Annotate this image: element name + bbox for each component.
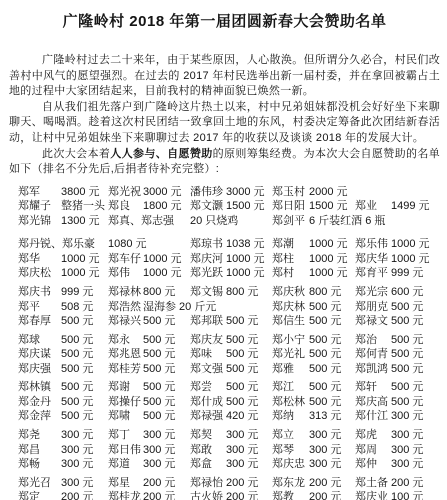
donor-row: 郑光锦1300 元郑真、郑志强20 只烧鸡郑剑平6 斤装红酒 6 瓶 — [18, 214, 440, 229]
donor-name: 郑伟 — [108, 266, 143, 281]
paragraph-principle-before: 此次大会本着 — [42, 148, 110, 160]
donor-row: 郑庆强500 元郑桂芳500 元郑文强500 元郑雅500 元郑凯鸿500 元 — [18, 362, 440, 377]
donor-name: 潘伟珍 — [190, 185, 226, 200]
donor-row: 郑光召300 元郑星200 元郑禄怡200 元郑东龙200 元郑土备200 元 — [18, 476, 440, 491]
donor-name: 郑日阳 — [272, 199, 309, 214]
donor-amount: 500 元 — [61, 362, 108, 377]
donor-amount: 200 元 — [309, 476, 355, 491]
donor-name: 郑文灏 — [190, 199, 226, 214]
donor-group: 郑林镇500 元郑谢500 元郑尝500 元郑江500 元郑轩500 元郑金丹5… — [18, 380, 440, 424]
donor-amount: 3800 元 — [61, 185, 108, 200]
donor-amount: 1500 元 — [226, 199, 272, 214]
donor-amount: 500 元 — [391, 347, 440, 362]
donor-amount: 300 元 — [309, 443, 355, 458]
donor-amount: 500 元 — [309, 333, 355, 348]
donor-name: 郑日伟 — [108, 443, 143, 458]
donor-name: 郑禄怡 — [190, 476, 226, 491]
donor-amount: 500 元 — [61, 333, 108, 348]
donor-amount: 500 元 — [391, 395, 440, 410]
document-title: 广隆岭村 2018 年第一届团圆新春大会赞助名单 — [9, 10, 440, 31]
donor-row: 郑庆书999 元郑禄林800 元郑文锡800 元郑庆秋800 元郑光宗600 元 — [18, 285, 440, 300]
donor-amount: 300 元 — [61, 476, 108, 491]
donor-name — [355, 185, 391, 200]
donor-amount: 300 元 — [391, 409, 440, 424]
donor-name: 郑光召 — [18, 476, 61, 491]
donor-name: 郑啸 — [108, 409, 143, 424]
donor-name: 郑虎 — [355, 428, 391, 443]
donor-name: 郑东龙 — [272, 476, 309, 491]
donor-name: 郑丁 — [108, 428, 143, 443]
donor-name: 郑什江 — [355, 409, 391, 424]
donor-name: 郑纳 — [272, 409, 309, 424]
paragraph-principle: 此次大会本着人人参与、自愿赞助的原则筹集经费。为本次大会自愿赞助的名单如下（排名… — [9, 147, 440, 178]
donor-amount: 1000 元 — [226, 252, 272, 267]
donor-amount: 1800 元 — [143, 199, 190, 214]
donor-amount: 500 元 — [391, 314, 440, 329]
donor-amount: 500 元 — [61, 395, 108, 410]
donor-name: 郑庆业 — [355, 490, 391, 500]
donor-name: 郑信生 — [272, 314, 309, 329]
donor-amount: 500 元 — [143, 380, 190, 395]
donor-amount: 500 元 — [226, 395, 272, 410]
donor-name: 郑业 — [355, 199, 391, 214]
donor-row: 郑尧300 元郑丁300 元郑契300 元郑立300 元郑虎300 元 — [18, 428, 440, 443]
donor-name: 郑琴 — [272, 443, 309, 458]
donor-name: 郑春厚 — [18, 314, 61, 329]
donor-amount: 300 元 — [309, 457, 355, 472]
donor-name: 郑光祝 — [108, 185, 143, 200]
donor-row: 郑耀子整猪一头郑良1800 元郑文灏1500 元郑日阳1500 元郑业1499 … — [18, 199, 440, 214]
donor-amount: 200 元 — [143, 490, 190, 500]
donor-name: 郑潮 — [272, 237, 309, 252]
donor-amount: 1000 元 — [309, 266, 355, 281]
donor-amount: 200 元 — [391, 476, 440, 491]
donor-amount: 500 元 — [61, 347, 108, 362]
donor-amount: 1000 元 — [226, 266, 272, 281]
donor-name: 郑光锦 — [18, 214, 61, 229]
donor-amount: 整猪一头 — [61, 199, 108, 214]
donor-name: 郑庆忠 — [272, 457, 309, 472]
donor-amount: 500 元 — [143, 347, 190, 362]
donor-amount: 500 元 — [226, 314, 272, 329]
donor-amount: 300 元 — [143, 457, 190, 472]
donor-amount: 3000 元 — [226, 185, 272, 200]
donor-name: 郑尝 — [190, 380, 226, 395]
donor-amount: 1300 元 — [61, 214, 108, 229]
donor-name: 郑光礼 — [272, 347, 309, 362]
donor-name: 郑车仔 — [108, 252, 143, 267]
donor-amount: 500 元 — [226, 380, 272, 395]
donor-name: 郑平 — [18, 300, 61, 315]
donor-name: 郑乐伟 — [355, 237, 391, 252]
donor-name: 郑永 — [108, 333, 143, 348]
donor-amount: 1000 元 — [309, 237, 355, 252]
donor-name: 郑林镇 — [18, 380, 61, 395]
donor-name: 郑味 — [190, 347, 226, 362]
donor-name: 郑金丹 — [18, 395, 61, 410]
donor-amount: 500 元 — [391, 362, 440, 377]
donor-amount: 500 元 — [143, 333, 190, 348]
donor-name: 郑何青 — [355, 347, 391, 362]
donor-name: 郑禄强 — [190, 409, 226, 424]
donor-row: 郑球500 元郑永500 元郑庆友500 元郑小宁500 元郑治500 元 — [18, 333, 440, 348]
donor-name: 郑华 — [18, 252, 61, 267]
donor-amount: 1000 元 — [309, 252, 355, 267]
donor-name: 郑契 — [190, 428, 226, 443]
donor-name: 郑土备 — [355, 476, 391, 491]
donor-row: 郑金丹500 元郑操仔500 元郑什成500 元郑松林500 元郑庆高500 元 — [18, 395, 440, 410]
donor-name: 郑庆谋 — [18, 347, 61, 362]
donor-amount: 508 元 — [61, 300, 108, 315]
donor-amount: 420 元 — [226, 409, 272, 424]
donor-name: 郑文锡 — [190, 285, 226, 300]
donor-name: 郑教 — [272, 490, 309, 500]
donor-name: 郑仲 — [355, 457, 391, 472]
donor-amount: 500 元 — [309, 300, 355, 315]
donor-name: 郑轩 — [355, 380, 391, 395]
donor-row: 郑庆松1000 元郑伟1000 元郑光跃1000 元郑村1000 元郑育平999… — [18, 266, 440, 281]
donor-amount: 300 元 — [61, 428, 108, 443]
donor-name: 郑光跃 — [190, 266, 226, 281]
donor-amount: 999 元 — [61, 285, 108, 300]
donor-name: 郑剑平 — [272, 214, 309, 229]
donor-group: 郑球500 元郑永500 元郑庆友500 元郑小宁500 元郑治500 元郑庆谋… — [18, 333, 440, 377]
donor-name: 郑立 — [272, 428, 309, 443]
donor-name: 郑桂芳 — [108, 362, 143, 377]
paragraph-principle-bold: 人人参与、自愿赞助 — [110, 148, 212, 160]
donor-amount: 800 元 — [309, 285, 355, 300]
donor-name: 郑庆松 — [18, 266, 61, 281]
donor-amount: 200 元 — [143, 476, 190, 491]
donor-row: 郑昌300 元郑日伟300 元郑敢300 元郑琴300 元郑周300 元 — [18, 443, 440, 458]
donor-amount: 湿海参 20 斤元 — [143, 300, 272, 315]
donor-amount: 500 元 — [391, 333, 440, 348]
donor-amount: 2000 元 — [309, 185, 355, 200]
donor-amount: 1000 元 — [143, 266, 190, 281]
donor-amount: 200 元 — [226, 490, 272, 500]
donor-amount: 500 元 — [226, 333, 272, 348]
donor-name: 郑庆强 — [18, 362, 61, 377]
donor-name: 郑村 — [272, 266, 309, 281]
donor-amount: 500 元 — [226, 347, 272, 362]
donor-amount: 500 元 — [143, 362, 190, 377]
paragraph-history: 自从我们祖先落户到广隆岭这片热土以来，村中兄弟姐妹都没机会好好坐下来聊聊天、喝喝… — [9, 100, 440, 147]
donor-amount: 500 元 — [143, 409, 190, 424]
donor-name: 郑松林 — [272, 395, 309, 410]
donor-row: 郑军3800 元郑光祝3000 元潘伟珍3000 元郑玉村2000 元 — [18, 185, 440, 200]
donor-amount: 300 元 — [143, 443, 190, 458]
donor-amount: 500 元 — [309, 395, 355, 410]
donor-amount: 800 元 — [226, 285, 272, 300]
donor-amount: 6 斤装红酒 6 瓶 — [309, 214, 440, 229]
donor-table: 郑军3800 元郑光祝3000 元潘伟珍3000 元郑玉村2000 元郑耀子整猪… — [18, 185, 440, 500]
donor-amount: 200 元 — [309, 490, 355, 500]
donor-row: 郑春厚500 元郑禄兴500 元郑邦联500 元郑信生500 元郑禄文500 元 — [18, 314, 440, 329]
donor-row: 郑华1000 元郑车仔1000 元郑庆河1000 元郑柱1000 元郑庆华100… — [18, 252, 440, 267]
donor-amount: 500 元 — [391, 380, 440, 395]
donor-name: 郑庆林 — [272, 300, 309, 315]
donor-group: 郑军3800 元郑光祝3000 元潘伟珍3000 元郑玉村2000 元郑耀子整猪… — [18, 185, 440, 229]
donor-amount: 300 元 — [226, 443, 272, 458]
donor-row: 郑林镇500 元郑谢500 元郑尝500 元郑江500 元郑轩500 元 — [18, 380, 440, 395]
donor-name: 郑盒 — [190, 457, 226, 472]
donor-row: 郑定200 元郑桂龙200 元古火娇200 元郑教200 元郑庆业100 元 — [18, 490, 440, 500]
donor-name: 郑兆恩 — [108, 347, 143, 362]
donor-amount: 200 元 — [226, 476, 272, 491]
donor-amount: 300 元 — [391, 428, 440, 443]
donor-row: 郑平508 元郑浩然湿海参 20 斤元郑庆林500 元郑朋克500 元 — [18, 300, 440, 315]
donor-amount: 999 元 — [391, 266, 440, 281]
donor-amount: 300 元 — [61, 457, 108, 472]
donor-name: 郑庆高 — [355, 395, 391, 410]
donor-amount: 300 元 — [143, 428, 190, 443]
donor-group: 郑尧300 元郑丁300 元郑契300 元郑立300 元郑虎300 元郑昌300… — [18, 428, 440, 472]
donor-name: 郑尧 — [18, 428, 61, 443]
donor-name: 郑小宁 — [272, 333, 309, 348]
donor-name: 郑文强 — [190, 362, 226, 377]
donor-name: 郑柱 — [272, 252, 309, 267]
donor-amount: 500 元 — [309, 314, 355, 329]
paragraph-intro: 广隆岭村过去二十来年，由于某些原因，人心散涣。但所谓分久必合，村民们改善村中风气… — [9, 53, 440, 100]
donor-name: 郑琼书 — [190, 237, 226, 252]
donor-amount: 100 元 — [391, 490, 440, 500]
donor-name: 郑操仔 — [108, 395, 143, 410]
donor-amount: 1000 元 — [61, 266, 108, 281]
donor-row: 郑畅300 元郑道300 元郑盒300 元郑庆忠300 元郑仲300 元 — [18, 457, 440, 472]
donor-name: 郑育平 — [355, 266, 391, 281]
document-page: 广隆岭村 2018 年第一届团圆新春大会赞助名单 广隆岭村过去二十来年，由于某些… — [0, 0, 447, 500]
donor-name: 郑禄林 — [108, 285, 143, 300]
donor-amount: 300 元 — [226, 428, 272, 443]
donor-group: 郑丹锐、郑乐豪1080 元郑琼书1038 元郑潮1000 元郑乐伟1000 元郑… — [18, 237, 440, 281]
donor-name: 郑庆书 — [18, 285, 61, 300]
donor-amount: 500 元 — [61, 380, 108, 395]
donor-amount: 1000 元 — [391, 252, 440, 267]
donor-name: 郑禄兴 — [108, 314, 143, 329]
donor-amount: 1499 元 — [391, 199, 440, 214]
donor-name: 郑庆友 — [190, 333, 226, 348]
donor-name: 郑光宗 — [355, 285, 391, 300]
donor-amount: 300 元 — [226, 457, 272, 472]
donor-amount: 500 元 — [391, 300, 440, 315]
donor-name: 郑雅 — [272, 362, 309, 377]
donor-amount: 500 元 — [226, 362, 272, 377]
donor-amount: 500 元 — [309, 380, 355, 395]
donor-name: 郑丹锐、郑乐豪 — [18, 237, 108, 252]
donor-name: 郑治 — [355, 333, 391, 348]
donor-name: 1080 元 — [108, 237, 190, 252]
donor-name: 郑邦联 — [190, 314, 226, 329]
donor-amount: 500 元 — [61, 314, 108, 329]
donor-amount: 1500 元 — [309, 199, 355, 214]
donor-group: 郑光召300 元郑星200 元郑禄怡200 元郑东龙200 元郑土备200 元郑… — [18, 476, 440, 500]
donor-amount: 1038 元 — [226, 237, 272, 252]
donor-amount: 300 元 — [391, 443, 440, 458]
donor-name: 郑禄文 — [355, 314, 391, 329]
donor-name: 郑庆河 — [190, 252, 226, 267]
donor-name: 郑朋克 — [355, 300, 391, 315]
donor-amount: 300 元 — [391, 457, 440, 472]
donor-amount: 600 元 — [391, 285, 440, 300]
donor-row: 郑丹锐、郑乐豪1080 元郑琼书1038 元郑潮1000 元郑乐伟1000 元 — [18, 237, 440, 252]
donor-name: 郑谢 — [108, 380, 143, 395]
donor-name: 郑星 — [108, 476, 143, 491]
donor-name: 郑军 — [18, 185, 61, 200]
donor-amount: 500 元 — [309, 347, 355, 362]
donor-name: 郑凯鸿 — [355, 362, 391, 377]
donor-name: 郑什成 — [190, 395, 226, 410]
donor-name: 郑定 — [18, 490, 61, 500]
donor-name: 郑玉村 — [272, 185, 309, 200]
donor-amount: 500 元 — [61, 409, 108, 424]
donor-amount: 1000 元 — [143, 252, 190, 267]
donor-name: 古火娇 — [190, 490, 226, 500]
donor-amount: 200 元 — [61, 490, 108, 500]
donor-amount: 500 元 — [309, 362, 355, 377]
donor-amount: 300 元 — [61, 443, 108, 458]
donor-group: 郑庆书999 元郑禄林800 元郑文锡800 元郑庆秋800 元郑光宗600 元… — [18, 285, 440, 329]
donor-amount: 313 元 — [309, 409, 355, 424]
donor-name: 郑真、郑志强 — [108, 214, 190, 229]
donor-name: 郑江 — [272, 380, 309, 395]
donor-name: 郑良 — [108, 199, 143, 214]
donor-name: 20 只烧鸡 — [190, 214, 272, 229]
donor-name: 郑庆秋 — [272, 285, 309, 300]
donor-name: 郑昌 — [18, 443, 61, 458]
donor-amount: 800 元 — [143, 285, 190, 300]
donor-name: 郑耀子 — [18, 199, 61, 214]
donor-amount: 1000 元 — [61, 252, 108, 267]
donor-name: 郑桂龙 — [108, 490, 143, 500]
donor-amount: 300 元 — [309, 428, 355, 443]
donor-name: 郑庆华 — [355, 252, 391, 267]
donor-name: 郑畅 — [18, 457, 61, 472]
donor-name: 郑敢 — [190, 443, 226, 458]
donor-name: 郑周 — [355, 443, 391, 458]
donor-name: 郑球 — [18, 333, 61, 348]
donor-name: 郑道 — [108, 457, 143, 472]
donor-amount: 500 元 — [143, 395, 190, 410]
donor-amount: 3000 元 — [143, 185, 190, 200]
donor-amount: 1000 元 — [391, 237, 440, 252]
donor-amount: 500 元 — [143, 314, 190, 329]
donor-row: 郑金萍500 元郑啸500 元郑禄强420 元郑纳313 元郑什江300 元 — [18, 409, 440, 424]
donor-amount — [391, 185, 440, 200]
donor-name: 郑浩然 — [108, 300, 143, 315]
donor-name: 郑金萍 — [18, 409, 61, 424]
donor-row: 郑庆谋500 元郑兆恩500 元郑味500 元郑光礼500 元郑何青500 元 — [18, 347, 440, 362]
